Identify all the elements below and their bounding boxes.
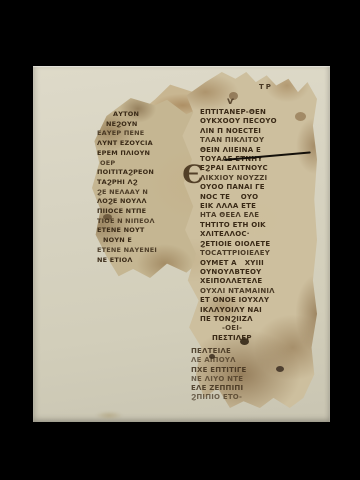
manuscript-line: ΠΧΕ ΕΠΤΙΤΙΓΕ (191, 366, 303, 375)
manuscript-line: ΛΕ ΑΙΠΟΥΛ (191, 356, 303, 365)
manuscript-line: ΝΟΥΝ Ε (97, 236, 203, 246)
manuscript-line: ΟΥΟΟ ΠΑΝΑΙ ΓΕ (200, 183, 316, 192)
manuscript-line: ΛΙΝ Π ΝΟΕCΤΕΙ (200, 127, 316, 136)
manuscript-line: ΤΗΤΙΤΟ ΕΤΗ ΟΙΚ (200, 221, 316, 230)
manuscript-line: ΟΥΚΧΟΟΥ ΠΕCΟΥΟ (200, 117, 316, 126)
manuscript-line: ΧΛΙΤΕΛΛΟC· (200, 230, 316, 239)
manuscript-line: ΤΛΑΝ ΠΙΚΛΙΤΟΥ (200, 136, 316, 145)
manuscript-line: ΕΤΕΝΕ ΝΑΥΕΝΕΙ (97, 246, 203, 256)
manuscript-line: ΧΕΙΠΟΛΛΕΤΕΛΕ (200, 277, 316, 286)
paper-smudge (95, 411, 123, 420)
manuscript-line: ΛΙΚΧΙΟΥ ΝΟΥΖΖΙ (200, 174, 316, 183)
manuscript-line: ΤΙΟΕ Ν ΝΙΠΕΟΛ (97, 217, 203, 227)
manuscript-line: ΕΛΕ ΖΕΠΠΙΠΙ (191, 384, 303, 393)
manuscript-line: ΕϨΡΑΙ ΕΛΙΤΝΟΥC (200, 164, 316, 173)
manuscript-line: ϨΕΤΙΟΙΕ ΟΙΟΛΕΤΕ (200, 240, 316, 249)
manuscript-line: ΠΙΙΟCΕ ΝΤΠΕ (97, 207, 203, 217)
manuscript-line: ΕΠΤΙΤΑΝΕΡ-ΘΕΝ (200, 108, 316, 117)
manuscript-line: ΑΥΤΟΝ (97, 110, 203, 120)
manuscript-line: ΤΟCΑΤΤΡΙΟΙΕΛΕΥ (200, 249, 316, 258)
manuscript-line: ΠΕΛΤΕΙΛΕ (191, 347, 303, 356)
manuscript-line: ΝΕ ΛΙΥΟ ΝΤΕ (191, 375, 303, 384)
manuscript-line: ΝΕϨΟΥΝ (97, 120, 203, 130)
paper-backing: ΑΥΤΟΝ ΝΕϨΟΥΝ ΕΑΥΕΡ ΠΕΝΕ ΛΥΝΤ ΕΖΟΥCΙΑ ΕΡΕ… (33, 66, 330, 422)
manuscript-line: ΕΤ ΟΝΟΕ ΙΟΥΧΛΥ (200, 296, 316, 305)
manuscript-line: ΛΟϨΕ ΝΟΥΛΛ (97, 197, 203, 207)
manuscript-line: ΝΟC ΤΕ ΟΥΟ (200, 193, 316, 202)
manuscript-line: -ΟΕΙ- (200, 324, 316, 333)
manuscript-line: ΟΥΝΟΥΛΒΤΕΟΥ (200, 268, 316, 277)
manuscript-line: ΠΕΣΤΙΛΕΡ (200, 334, 316, 343)
manuscript-line: ΛΥΝΤ ΕΖΟΥCΙΑ (97, 139, 203, 149)
decorated-initial-epsilon: Є (182, 160, 203, 189)
right-text-column: ΕΠΤΙΤΑΝΕΡ-ΘΕΝ ΟΥΚΧΟΟΥ ΠΕCΟΥΟ ΛΙΝ Π ΝΟΕCΤ… (200, 108, 316, 343)
scribal-flourish-mark: ѵ (227, 96, 234, 107)
manuscript-line: ΠΕ ΤΟΝϨΙΙΖΛ (200, 315, 316, 324)
page-number-mark: ΤΡ (259, 83, 273, 91)
manuscript-line: ΕΙΚ ΛΛΛΑ ΕΤΕ (200, 202, 316, 211)
manuscript-line: ϨΠΙΠΙΟ ΕΤΟ- (191, 393, 303, 402)
photograph-canvas: ΑΥΤΟΝ ΝΕϨΟΥΝ ΕΑΥΕΡ ΠΕΝΕ ΛΥΝΤ ΕΖΟΥCΙΑ ΕΡΕ… (0, 0, 360, 480)
manuscript-line: ΕΑΥΕΡ ΠΕΝΕ (97, 129, 203, 139)
manuscript-line: ϨΕ ΝΕΛΑΑΥ Ν (97, 188, 203, 198)
manuscript-line: ΟΥΧΛΙ ΝΤΑΜΑΙΝΙΛ (200, 287, 316, 296)
manuscript-line: ΕΡΕΜ ΠΛΙΟΥΝ (97, 149, 203, 159)
manuscript-line: ΝΕ ΕΤΙΟΛ (97, 256, 203, 266)
manuscript-line: ΗΤΑ ΘΕΕΛ ΕΛΕ (200, 211, 316, 220)
bottom-text-lines: ΠΕΛΤΕΙΛΕ ΛΕ ΑΙΠΟΥΛ ΠΧΕ ΕΠΤΙΤΙΓΕ ΝΕ ΛΙΥΟ … (191, 347, 303, 403)
manuscript-line: ΟΥΜΕΤ Α ΧΥΙΙΙ (200, 259, 316, 268)
manuscript-line: ΕΤΕΝΕ ΝΟΥΤ (97, 226, 203, 236)
manuscript-line: ΙΚΛΛΥΟΙΛΥ ΝΑΙ (200, 306, 316, 315)
